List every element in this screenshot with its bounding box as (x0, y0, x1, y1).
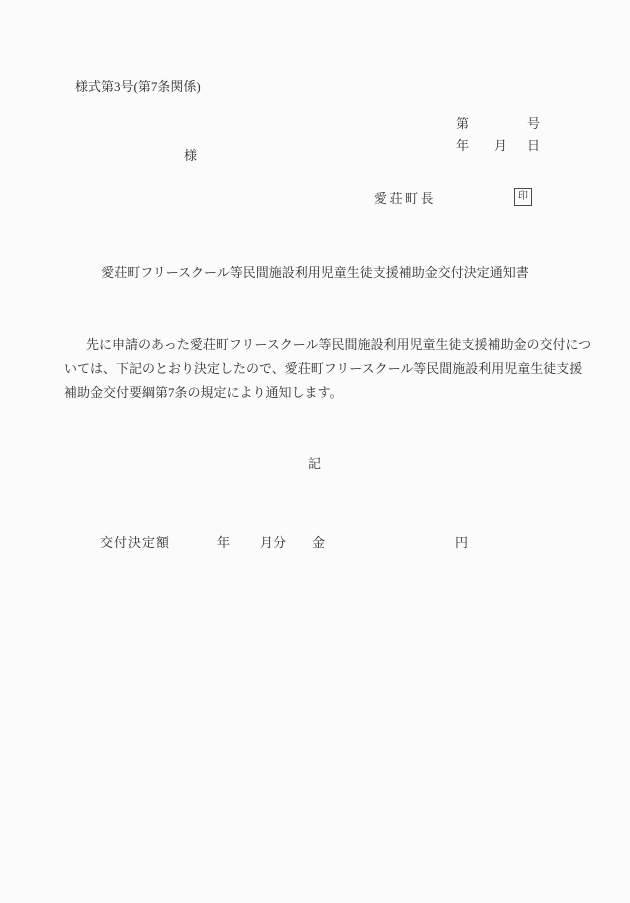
seal-char: 印 (518, 192, 528, 202)
recipient-honorific: 様 (184, 148, 197, 164)
issuer-title: 愛荘町長 (374, 191, 436, 207)
body-line-1: 先に申請のあった愛荘町フリースクール等民間施設利用児童生徒支援補助金の交付につ (64, 333, 578, 357)
body-line-2: いては、下記のとおり決定したので、愛荘町フリースクール等民間施設利用児童生徒支援 (64, 357, 578, 381)
date-year-label: 年 (456, 138, 469, 154)
body-paragraph: 先に申請のあった愛荘町フリースクール等民間施設利用児童生徒支援補助金の交付につ … (64, 333, 578, 405)
date-day-label: 日 (527, 138, 540, 154)
document-title: 愛荘町フリースクール等民間施設利用児童生徒支援補助金交付決定通知書 (0, 265, 630, 281)
form-number: 様式第3号(第7条関係) (75, 79, 201, 95)
grant-month-suffix-label: 月分 (260, 535, 286, 551)
body-line-3: 補助金交付要綱第7条の規定により通知します。 (64, 381, 578, 405)
document-page: 様式第3号(第7条関係) 第 号 年 月 日 様 愛荘町長 印 愛荘町フリースク… (0, 0, 630, 903)
doc-number-suffix: 号 (527, 116, 540, 132)
grant-amount-prefix-label: 金 (312, 535, 325, 551)
grant-currency-label: 円 (455, 535, 468, 551)
seal-placeholder-box: 印 (514, 188, 532, 206)
grant-amount-label: 交付決定額 (100, 535, 170, 551)
grant-year-label: 年 (217, 535, 230, 551)
doc-number-prefix: 第 (456, 116, 469, 132)
record-marker: 記 (0, 456, 630, 472)
date-month-label: 月 (494, 138, 507, 154)
